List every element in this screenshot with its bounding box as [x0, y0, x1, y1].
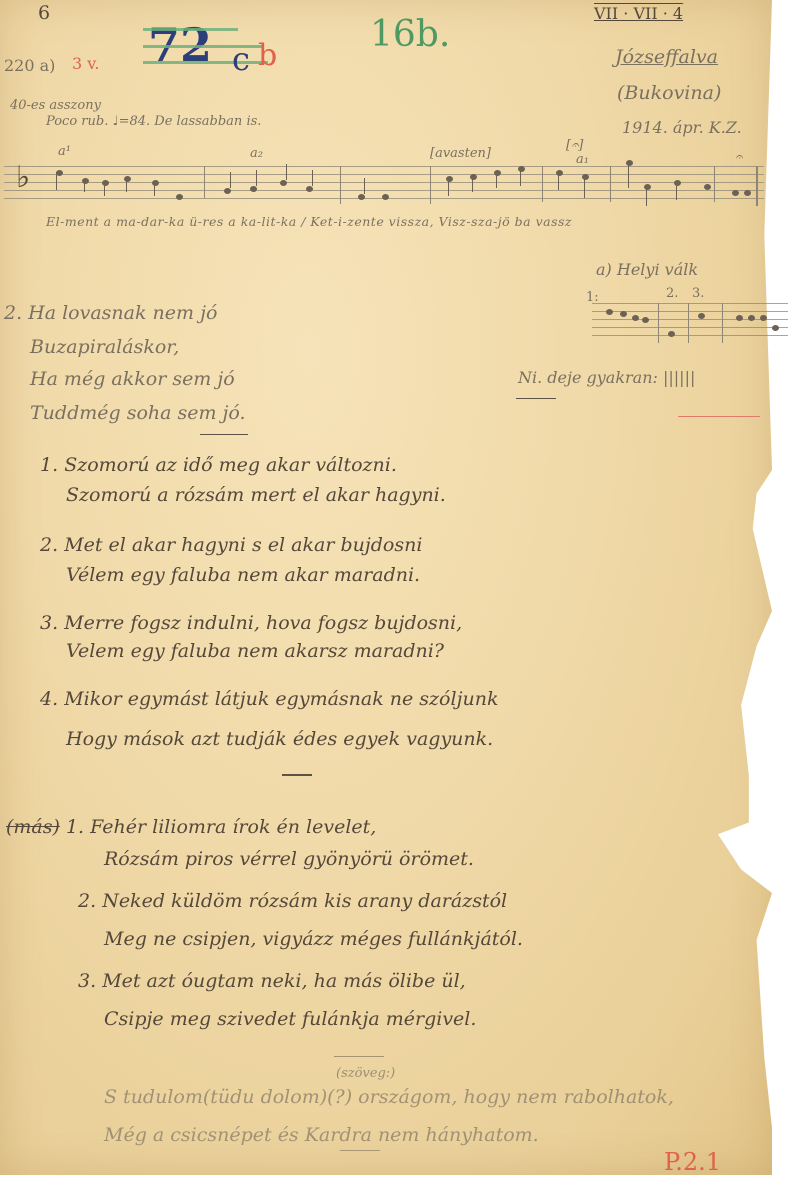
variant-label: a) Helyi válk [596, 260, 698, 279]
stanza-2-line-1: 2. Met el akar hagyni s el akar bujdosni [40, 534, 422, 556]
key-signature-flat: ♭ [16, 160, 30, 195]
collection-region: (Bukovina) [617, 82, 721, 104]
stanza-1-line-2: Szomorú a rózsám mert el akar hagyni. [66, 484, 446, 506]
green-strikethrough [143, 28, 238, 31]
reference-number: VII · VII · 4 [594, 4, 683, 23]
collection-place: Józseffalva [615, 46, 718, 68]
divider [340, 1150, 380, 1151]
footer-line-2: Még a csicsnépet és Kardra nem hányhatom… [104, 1124, 539, 1146]
archive-mark: P.2.1 [664, 1148, 721, 1176]
stanza-2a-line-4: Tuddmég soha sem jó. [30, 402, 246, 424]
footer-line-1: S tudulom(tüdu dolom)(?) országom, hogy … [104, 1086, 674, 1108]
annotation-a2: a₂ [250, 146, 263, 161]
collection-date: 1914. ápr. K.Z. [622, 118, 742, 137]
stanza-4-line-2: Hogy mások azt tudják édes egyek vagyunk… [66, 728, 493, 750]
tempo-marking: Poco rub. ♩=84. De lassabban is. [46, 114, 261, 129]
red-underline [678, 416, 760, 417]
stanza-2a-line-3: Ha még akkor sem jó [30, 368, 235, 390]
singer-description: 40-es asszony [10, 98, 101, 113]
stanza-2a-line-2: Buzapiraláskor, [30, 336, 179, 358]
second-stanza-3-line-2: Csipje meg szivedet fulánkja mérgivel. [104, 1008, 476, 1030]
stanza-2a-line-1: 2. Ha lovasnak nem jó [4, 302, 217, 324]
divider [282, 774, 312, 776]
music-staff [4, 166, 764, 206]
annotation-a1-second: a₁ [576, 152, 589, 167]
song-lyrics: El-ment a ma-dar-ka ü-res a ka-lit-ka / … [46, 214, 572, 229]
stanza-1-line-1: 1. Szomorú az idő meg akar változni. [40, 454, 397, 476]
green-catalog-number: 16b. [370, 14, 450, 55]
second-stanza-1-line-1: (más) 1. Fehér liliomra írok én levelet, [6, 816, 376, 838]
stanza-3-line-1: 3. Merre fogsz indulni, hova fogsz bujdo… [40, 612, 462, 634]
annotation-avasten: [avasten] [430, 146, 491, 161]
red-catalog-letter: b [258, 38, 277, 73]
divider [334, 1056, 384, 1057]
variant-measure-3: 3. [692, 286, 704, 301]
second-stanza-3-line-1: 3. Met azt óugtam neki, ha más ölibe ül, [78, 970, 466, 992]
stanza-4-line-1: 4. Mikor egymást látjuk egymásnak ne szó… [40, 688, 498, 710]
second-stanza-1-line-2: Rózsám piros vérrel gyönyörü örömet. [104, 848, 474, 870]
footer-label: (szöveg:) [336, 1066, 395, 1081]
divider [200, 434, 248, 435]
second-stanza-2-line-1: 2. Neked küldöm rózsám kis arany darázst… [78, 890, 507, 912]
annotation-fermata-bracket: [𝄐] [566, 138, 583, 153]
variant-staff [592, 303, 788, 343]
second-stanza-2-line-2: Meg ne csipjen, vigyázz méges fullánkját… [104, 928, 523, 950]
page-number: 6 [38, 2, 50, 24]
stanza-3-line-2: Velem egy faluba nem akarsz maradni? [66, 640, 444, 662]
struck-catalog-letter: c [232, 40, 250, 78]
underline [516, 398, 556, 399]
annotation-a1: a¹ [58, 144, 71, 159]
catalog-red-note: 3 v. [72, 54, 100, 73]
stanza-2-line-2: Vélem egy faluba nem akar maradni. [66, 564, 420, 586]
variant-measure-2: 2. [666, 286, 678, 301]
variant-note: Ni. deje gyakran: |||||| [518, 368, 695, 387]
fermata-icon: 𝄐 [736, 150, 743, 165]
catalog-entry: 220 a) [4, 56, 55, 75]
